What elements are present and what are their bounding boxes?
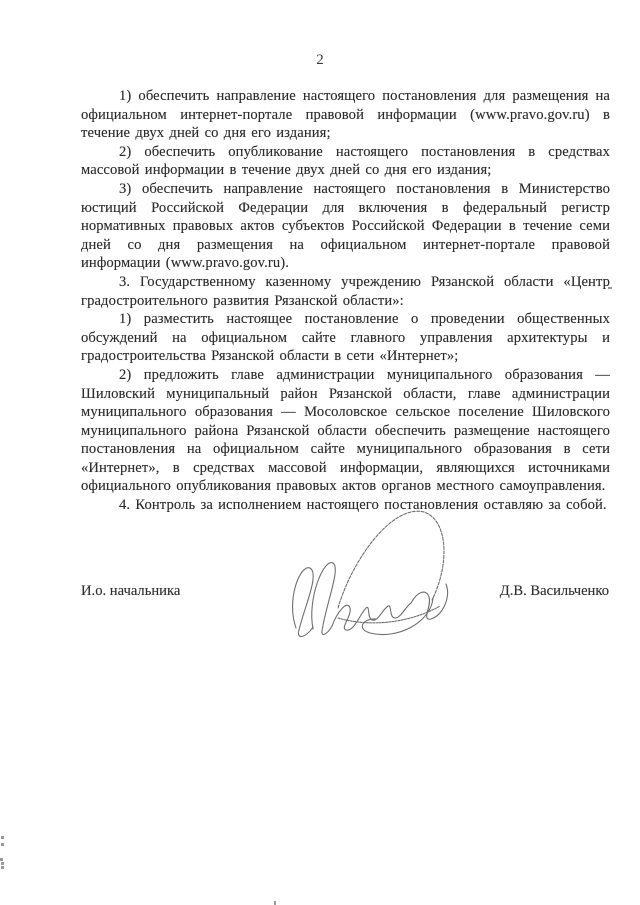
paragraph-6: 2) предложить главе администрации муници…	[81, 366, 610, 496]
document-page: 2 1) обеспечить направление настоящего п…	[0, 0, 640, 905]
paragraph-5: 1) разместить настоящее постановление о …	[81, 310, 610, 366]
paragraph-2: 2) обеспечить опубликование настоящего п…	[81, 143, 610, 180]
scan-speck-2	[1, 843, 4, 846]
signer-title: И.о. начальника	[81, 583, 180, 600]
signer-name: Д.В. Васильченко	[500, 583, 609, 600]
page-number: 2	[0, 52, 640, 69]
scan-speck-1	[1, 836, 4, 839]
signature-image	[280, 498, 480, 648]
scan-speck-7	[608, 287, 612, 289]
document-body: 1) обеспечить направление настоящего пос…	[81, 87, 610, 515]
scan-speck-6	[274, 901, 276, 905]
scan-speck-4	[1, 862, 4, 865]
scan-speck-5	[1, 866, 4, 869]
scan-speck-3	[0, 858, 3, 861]
signature-row: И.о. начальника Д.В. Васильченко	[81, 583, 609, 600]
paragraph-3: 3) обеспечить направление настоящего пос…	[81, 180, 610, 273]
paragraph-4: 3. Государственному казенному учреждению…	[81, 273, 610, 310]
paragraph-1: 1) обеспечить направление настоящего пос…	[81, 87, 610, 143]
